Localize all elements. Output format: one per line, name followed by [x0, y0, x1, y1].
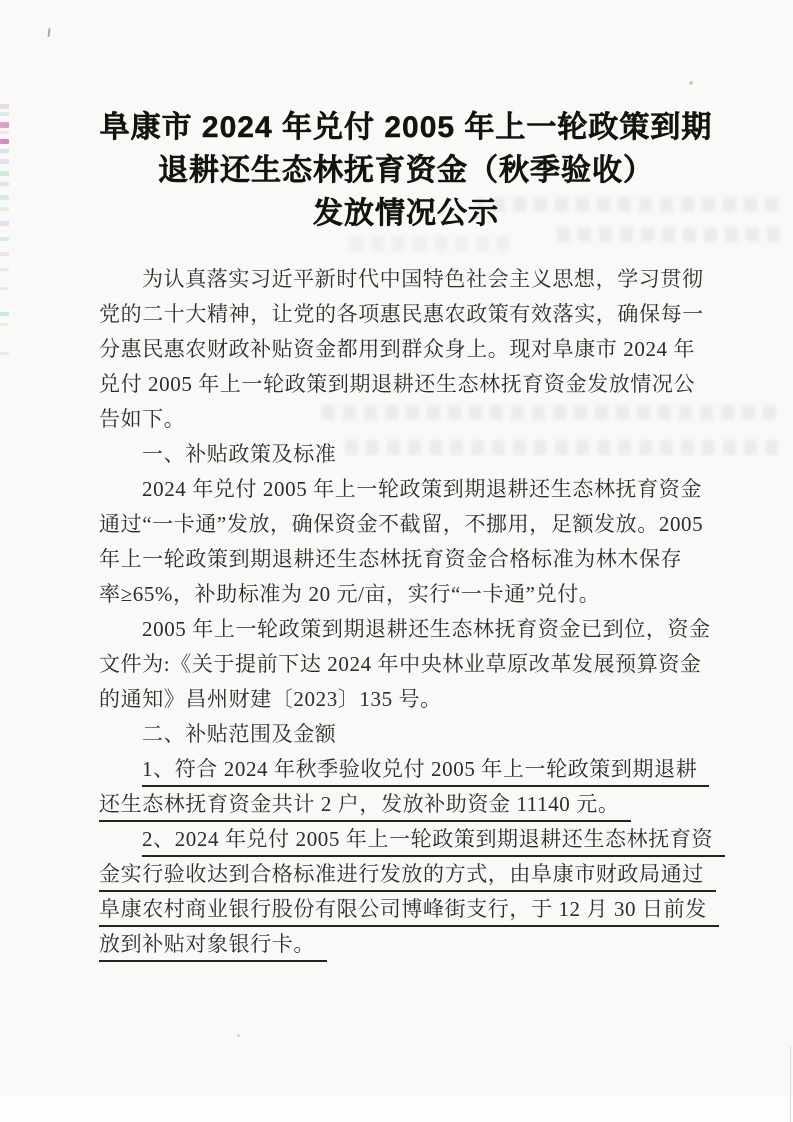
section-1-heading: 一、补贴政策及标准 [99, 437, 713, 472]
key-fact-line: 2、2024 年兑付 2005 年上一轮政策到期退耕还生态林抚育资 [99, 822, 713, 857]
scan-tick [0, 252, 9, 256]
document-title-line-2: 退耕还生态林抚育资金（秋季验收） [99, 149, 713, 192]
policy-line: 率≥65%，补助标准为 20 元/亩，实行“一卡通”兑付。 [99, 577, 713, 612]
key-fact-line: 阜康农村商业银行股份有限公司博峰街支行，于 12 月 30 日前发 [99, 892, 713, 927]
fund-source-line: 2005 年上一轮政策到期退耕还生态林抚育资金已到位，资金 [99, 612, 713, 647]
document-title-line-1: 阜康市 2024 年兑付 2005 年上一轮政策到期 [99, 106, 713, 149]
scan-tick [0, 352, 9, 355]
notice-document: 阜康市 2024 年兑付 2005 年上一轮政策到期 退耕还生态林抚育资金（秋季… [99, 106, 713, 962]
scanner-bed-strip [0, 1096, 793, 1122]
policy-line: 通过“一卡通”发放，确保资金不截留，不挪用，足额发放。2005 [99, 507, 713, 542]
scan-tick [0, 237, 9, 241]
scan-tick [0, 171, 9, 176]
policy-line: 年上一轮政策到期退耕还生态林抚育资金合格标准为林木保存 [99, 542, 713, 577]
document-title-line-3: 发放情况公示 [99, 192, 713, 235]
scan-tick [0, 287, 9, 290]
key-fact-line: 金实行验收达到合格标准进行发放的方式，由阜康市财政局通过 [99, 857, 713, 892]
scan-tick [0, 159, 9, 164]
scan-tick [0, 131, 9, 134]
scan-tick [0, 104, 9, 109]
scan-tick [0, 195, 9, 200]
scan-tick [0, 182, 9, 186]
key-fact-line: 还生态林抚育资金共计 2 户，发放补助资金 11140 元。 [99, 787, 713, 822]
document-body: 为认真落实习近平新时代中国特色社会主义思想，学习贯彻 党的二十大精神，让党的各项… [99, 262, 713, 962]
scan-tick [0, 312, 9, 316]
fund-source-line: 的通知》昌州财建〔2023〕135 号。 [99, 682, 713, 717]
scan-tick [0, 323, 9, 326]
scan-tick [0, 112, 9, 116]
scan-tick [0, 207, 9, 211]
intro-line: 兑付 2005 年上一轮政策到期退耕还生态林抚育资金发放情况公 [99, 367, 713, 402]
section-2-heading: 二、补贴范围及金额 [99, 717, 713, 752]
scan-tick [0, 139, 9, 144]
underlined-text: 2、2024 年兑付 2005 年上一轮政策到期退耕还生态林抚育资 [142, 823, 725, 857]
key-fact-line: 1、符合 2024 年秋季验收兑付 2005 年上一轮政策到期退耕 [99, 752, 713, 787]
scan-speck [689, 81, 693, 85]
scan-tick [0, 221, 9, 226]
document-title: 阜康市 2024 年兑付 2005 年上一轮政策到期 退耕还生态林抚育资金（秋季… [99, 106, 713, 235]
scan-speck [237, 1034, 240, 1037]
intro-line: 党的二十大精神，让党的各项惠民惠农政策有效落实，确保每一 [99, 297, 713, 332]
intro-line: 告如下。 [99, 402, 713, 437]
paper-edge-line [790, 1046, 791, 1122]
underlined-text: 金实行验收达到合格标准进行发放的方式，由阜康市财政局通过 [99, 858, 716, 892]
underlined-text: 放到补贴对象银行卡。 [99, 928, 327, 962]
scan-tick [0, 149, 9, 153]
scan-tick [0, 122, 9, 128]
key-fact-line: 放到补贴对象银行卡。 [99, 927, 713, 962]
underlined-text: 还生态林抚育资金共计 2 户，发放补助资金 11140 元。 [99, 788, 631, 822]
underlined-text: 阜康农村商业银行股份有限公司博峰街支行，于 12 月 30 日前发 [99, 893, 719, 927]
underlined-text: 1、符合 2024 年秋季验收兑付 2005 年上一轮政策到期退耕 [142, 753, 709, 787]
intro-line: 为认真落实习近平新时代中国特色社会主义思想，学习贯彻 [99, 262, 713, 297]
policy-line: 2024 年兑付 2005 年上一轮政策到期退耕还生态林抚育资金 [99, 472, 713, 507]
scan-tick [0, 268, 9, 271]
fund-source-line: 文件为:《关于提前下达 2024 年中央林业草原改革发展预算资金 [99, 647, 713, 682]
intro-line: 分惠民惠农财政补贴资金都用到群众身上。现对阜康市 2024 年 [99, 332, 713, 367]
